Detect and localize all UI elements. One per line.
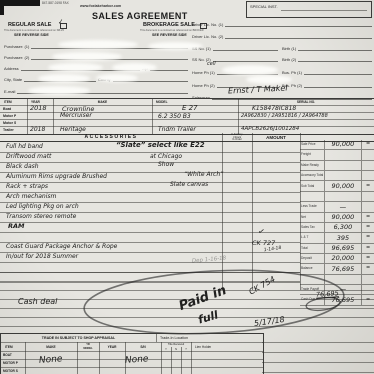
summary-row: Deposit20,000= (300, 254, 374, 264)
summary-row: Net90,000= (300, 213, 374, 223)
sales-agreement-document: 847-587-0198 FAX www.foxlakeharbor.com S… (0, 0, 374, 374)
trade-col-n: N (171, 348, 181, 351)
scan-edge-artifact (0, 0, 4, 15)
summary-value (324, 192, 361, 201)
special-inst-label: SPECIAL INST. (250, 5, 278, 9)
trade-in-table: TRADE IN SUBJECT TO SHOP APPRAISAL Trade… (0, 333, 264, 374)
unit-boat-model: E 27 (182, 105, 198, 112)
accessory-item-note: “Slate” select like E22 (116, 142, 205, 149)
unit-col-model: MODEL (156, 100, 168, 104)
unit-motorp-serial: 2A962830 / 2A951816 / 2A964788 (241, 114, 328, 119)
address-label: Address (4, 67, 19, 71)
unit-boat-year: 2018 (30, 105, 47, 112)
summary-cents (361, 202, 374, 211)
see-reverse-right: SEE REVERSE SIDE (152, 33, 187, 37)
summary-label: Less Trade (300, 205, 324, 208)
trade-make-none: None (39, 355, 63, 366)
summary-row: Sub Total90,000= (300, 181, 374, 191)
summary-row (300, 192, 374, 202)
summary-cents: = (361, 140, 374, 149)
email-label: E-mail (4, 90, 15, 94)
scan-edge-artifact (0, 0, 40, 6)
cash-deal-note: Cash deal (18, 298, 57, 306)
accessory-item: Full hd band (6, 144, 43, 150)
redaction-whiteout (48, 63, 103, 72)
summary-label: Deposit (300, 257, 324, 260)
brokerage-sale-fineprint: This document is a contract as reference… (140, 29, 204, 32)
accessory-item: Led lighting Pkg on arch (6, 204, 79, 210)
unit-trailer-serial: 4APCB2626J1001284 (241, 127, 299, 133)
bus-ph-1-field: Bus. Ph (1) (282, 69, 372, 75)
summary-row: Less Trade— (300, 202, 374, 212)
regular-sale-finehz: This document is a contract as reference… (4, 29, 64, 32)
summary-value (324, 150, 361, 159)
birth-2-label: Birth (2) (282, 58, 296, 62)
unit-boat-serial: K158478IC818 (252, 106, 296, 112)
trade-col-sn: S/N (125, 345, 161, 349)
trade-in-title: TRADE IN SUBJECT TO SHOP APPRAISAL (1, 336, 156, 340)
summary-label: Freight (300, 153, 324, 156)
driver-lic-2-field: Driver Lic. No. (2) (192, 33, 372, 39)
unit-row-item: Motor P (3, 114, 16, 118)
city-state-label: City, State (4, 78, 22, 82)
accessories-title: ACCESSORIES (0, 134, 222, 140)
summary-cents: = (361, 213, 374, 222)
accessory-item-note: at Chicago (150, 154, 182, 160)
check-number-note: CK 727 (252, 240, 275, 247)
trade-col-item: ITEM (5, 345, 13, 349)
summary-cents (361, 161, 374, 170)
summary-cents: = (361, 264, 374, 273)
unit-motorp-model: 6.2 350 B3 (158, 114, 191, 120)
accessory-item: RAM (8, 223, 25, 230)
trade-row-motor-s: MOTOR S (3, 369, 18, 373)
redaction-whiteout (96, 74, 138, 82)
accessory-item-note: Slate canvas (170, 182, 208, 188)
trade-row-boat: BOAT (3, 353, 12, 357)
birth-1-field: Birth (1) (282, 45, 372, 51)
summary-row: Freight (300, 150, 374, 160)
unit-col-make: MAKE (53, 100, 152, 104)
redaction-whiteout (28, 86, 90, 95)
accessory-item: Transom stereo remote (6, 214, 76, 220)
redaction-whiteout (52, 52, 122, 61)
birth-2-field: Birth (2) (282, 56, 372, 62)
trade-col-model: MODEL (77, 347, 99, 350)
summary-label: L & T (300, 236, 324, 239)
unit-row-item: Boat (3, 107, 11, 111)
summary-value (324, 171, 361, 180)
amount-col-label: AMOUNT (252, 135, 300, 140)
oval-scribble (303, 295, 343, 313)
redaction-whiteout (58, 40, 138, 49)
accessory-item: Coast Guard Package Anchor & Rope (6, 244, 117, 250)
summary-cents: = (361, 223, 374, 232)
special-inst-box: SPECIAL INST. (246, 1, 372, 18)
trade-col-title-received: Title Received (161, 343, 191, 346)
driver-lic-1-field: Driver Lic. No. (1) (192, 21, 372, 27)
summary-cents (361, 171, 374, 180)
trade-sn-none: None (125, 355, 149, 366)
accessory-item: Arch mechanism (6, 194, 56, 200)
trade-row-motor-p: MOTOR P (3, 361, 18, 365)
brokerage-sale-label: BROKERAGE SALE (143, 22, 195, 28)
redaction-whiteout (222, 65, 278, 75)
home-ph-1-label: Home Ph (1) (192, 71, 215, 75)
summary-cents (361, 275, 374, 284)
summary-row: Make Ready (300, 161, 374, 171)
unit-row-item: Motor S (3, 121, 16, 125)
summary-label: Sub Total (300, 185, 324, 188)
redaction-whiteout (246, 75, 292, 84)
summary-label: Make Ready (300, 164, 324, 167)
accessory-item: Black dash (6, 164, 39, 170)
unit-col-item: ITEM (4, 100, 12, 104)
phone-fax: 847-587-0198 FAX (42, 1, 69, 5)
summary-value: 90,000 (324, 213, 361, 222)
summary-value (324, 161, 361, 170)
ss-2-field: SS No. (2) (192, 56, 278, 62)
trade-col-q: ? (181, 348, 191, 351)
summary-row: L & T395= (300, 233, 374, 243)
summary-cents: = (361, 295, 374, 304)
unit-row-item: Trailer (3, 128, 14, 132)
summary-row: Accessory Total (300, 171, 374, 181)
cell-annotation: cell (207, 62, 216, 67)
summary-cents (361, 192, 374, 201)
summary-label: Sale Price (300, 143, 324, 146)
bus-ph-2-field: Bus. Ph (2) (282, 82, 372, 88)
driver-lic-2-label: Driver Lic. No. (2) (192, 35, 223, 39)
redaction-whiteout (148, 42, 203, 50)
summary-value: 6,300 (324, 223, 361, 232)
page-title: SALES AGREEMENT (92, 11, 188, 21)
purchaser-2-label: Purchaser: (2) (4, 56, 29, 60)
trade-col-y: Y (161, 348, 171, 351)
summary-value: 90,000 (324, 140, 361, 149)
summary-value: 90,000 (324, 181, 361, 190)
accessory-item: In/out for 2018 Summer (6, 254, 78, 260)
summary-cents: = (361, 244, 374, 253)
summary-label: Net (300, 216, 324, 219)
accessory-item-note: Show (158, 162, 174, 168)
ss-1-field: SS No. (1) (192, 45, 278, 51)
trade-col-year: YEAR (99, 345, 125, 349)
summary-value: 96,695 (324, 244, 361, 253)
accessory-item: Driftwood matt (6, 154, 51, 160)
summary-label: Accessory Total (300, 174, 324, 177)
accessory-item-note: “White Arch” (184, 172, 223, 178)
redaction-whiteout (38, 74, 90, 83)
birth-1-label: Birth (1) (282, 47, 296, 51)
website-link: www.foxlakeharbor.com (80, 4, 121, 8)
summary-value: — (324, 202, 361, 211)
unit-motorp-make: Mercruiser (60, 113, 92, 119)
regular-sale-label: REGULAR SALE (8, 22, 51, 28)
redaction-whiteout (112, 63, 157, 72)
summary-row: Total96,695= (300, 244, 374, 254)
purchaser-1-label: Purchaser: (1) (4, 45, 29, 49)
summary-cents: = (361, 233, 374, 242)
bus-ph-1-label: Bus. Ph (1) (282, 71, 302, 75)
accessory-item: Rack + straps (6, 184, 48, 190)
summary-label: Sales Tax (300, 226, 324, 229)
trade-col-lien-holder: Lien Holder (195, 345, 211, 349)
summary-row: Sale Price90,000= (300, 140, 374, 150)
summary-label: Total (300, 247, 324, 250)
see-reverse-left: SEE REVERSE SIDE (14, 33, 49, 37)
summary-cents: = (361, 181, 374, 190)
unit-col-serial: SERIAL NO. (238, 100, 374, 104)
driver-lic-1-label: Driver Lic. No. (1) (192, 23, 223, 27)
summary-row: Sales Tax6,300= (300, 223, 374, 233)
checkmark-icon: ✓ (57, 19, 64, 27)
accessory-item: Aluminum Rims upgrade Brushed (6, 174, 107, 180)
trade-col-make: MAKE (25, 345, 77, 349)
summary-value: 395 (324, 233, 361, 242)
unit-table: ITEM YEAR MAKE MODEL SERIAL NO. Boat 201… (0, 98, 374, 135)
trade-in-location-label: Trade-In Location (160, 336, 188, 340)
home-ph-2-label: Home Ph (2) (192, 84, 215, 88)
summary-cents: = (361, 254, 374, 263)
summary-cents (361, 150, 374, 159)
summary-value: 20,000 (324, 254, 361, 263)
